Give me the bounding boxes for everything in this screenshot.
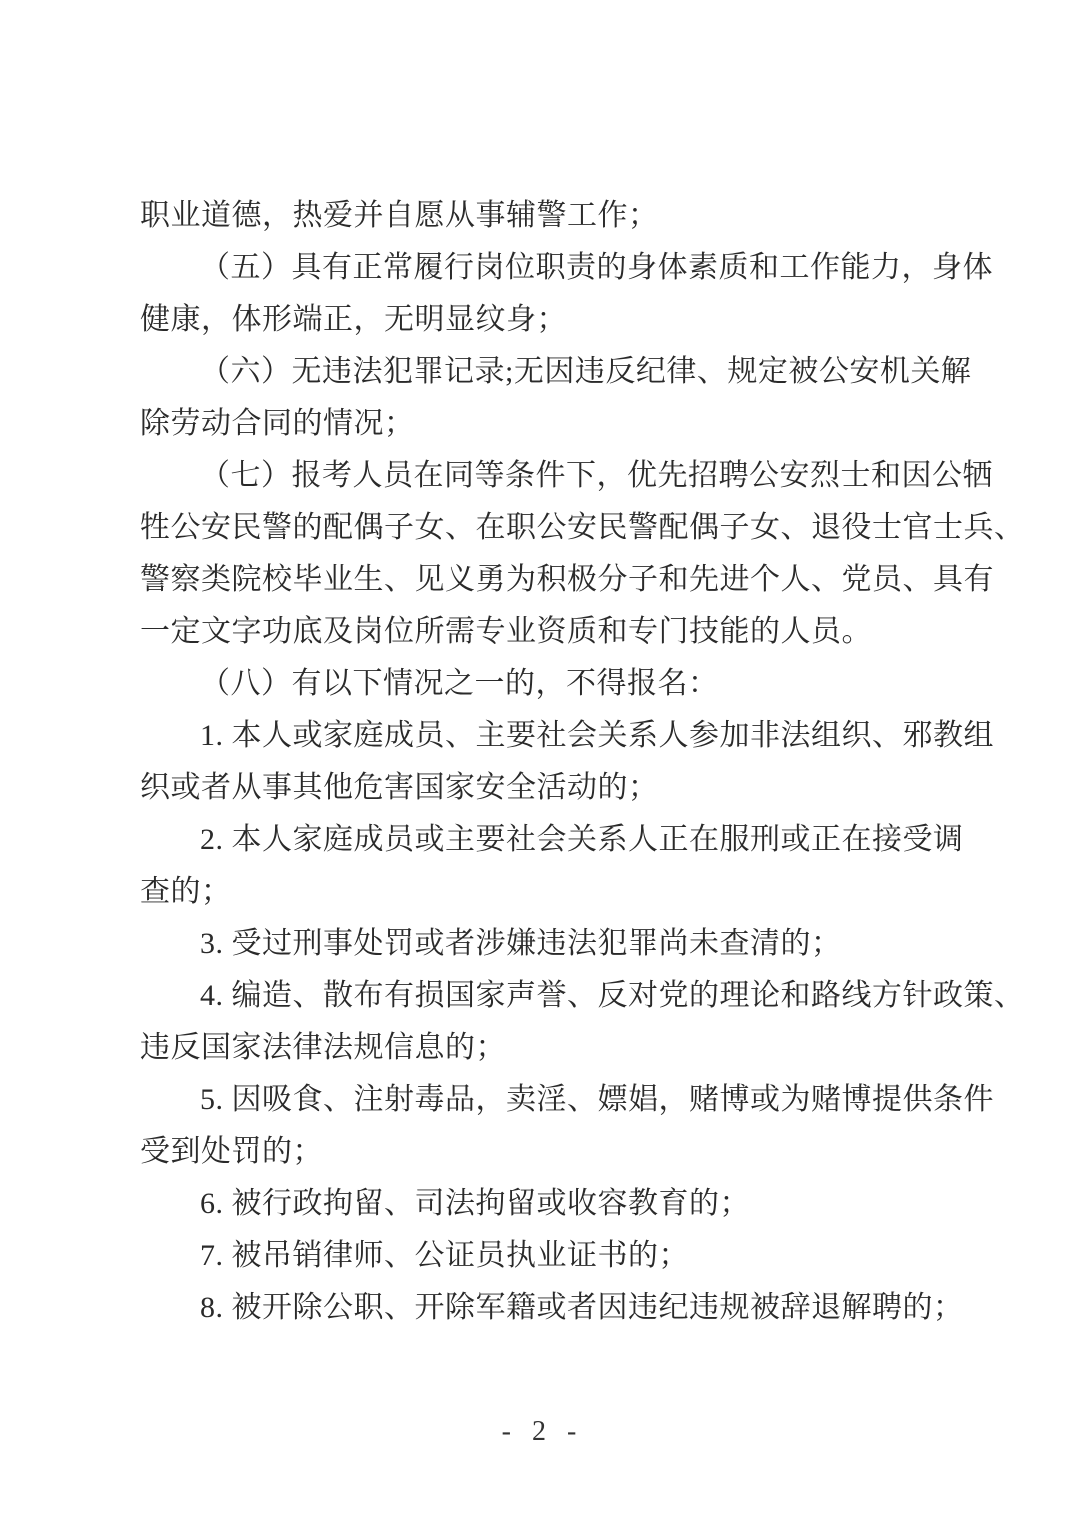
text-line: （五）具有正常履行岗位职责的身体素质和工作能力，身体 xyxy=(140,242,950,294)
text-line: （八）有以下情况之一的，不得报名： xyxy=(140,658,950,710)
text-line: 6. 被行政拘留、司法拘留或收容教育的； xyxy=(140,1178,950,1230)
paragraph-subitem-4: 4. 编造、散布有损国家声誉、反对党的理论和路线方针政策、 违反国家法律法规信息… xyxy=(140,970,950,1074)
text-line: 4. 编造、散布有损国家声誉、反对党的理论和路线方针政策、 xyxy=(140,970,950,1022)
paragraph-subitem-2: 2. 本人家庭成员或主要社会关系人正在服刑或正在接受调 查的； xyxy=(140,814,950,918)
text-line: 8. 被开除公职、开除军籍或者因违纪违规被辞退解聘的； xyxy=(140,1282,950,1334)
text-line: （七）报考人员在同等条件下，优先招聘公安烈士和因公牺 xyxy=(140,450,950,502)
paragraph-subitem-1: 1. 本人或家庭成员、主要社会关系人参加非法组织、邪教组 织或者从事其他危害国家… xyxy=(140,710,950,814)
page-number: - 2 - xyxy=(0,1414,1080,1450)
text-line: 7. 被吊销律师、公证员执业证书的； xyxy=(140,1230,950,1282)
text-line: 一定文字功底及岗位所需专业资质和专门技能的人员。 xyxy=(140,606,950,658)
paragraph-subitem-8: 8. 被开除公职、开除军籍或者因违纪违规被辞退解聘的； xyxy=(140,1282,950,1334)
document-page: 职业道德，热爱并自愿从事辅警工作； （五）具有正常履行岗位职责的身体素质和工作能… xyxy=(0,0,1080,1527)
paragraph-item-7: （七）报考人员在同等条件下，优先招聘公安烈士和因公牺 牲公安民警的配偶子女、在职… xyxy=(140,450,950,658)
text-line: 牲公安民警的配偶子女、在职公安民警配偶子女、退役士官士兵、 xyxy=(140,502,950,554)
text-line: （六）无违法犯罪记录;无因违反纪律、规定被公安机关解 xyxy=(140,346,950,398)
text-line: 查的； xyxy=(140,866,950,918)
document-body-text: 职业道德，热爱并自愿从事辅警工作； （五）具有正常履行岗位职责的身体素质和工作能… xyxy=(140,190,950,1334)
text-line: 3. 受过刑事处罚或者涉嫌违法犯罪尚未查清的； xyxy=(140,918,950,970)
paragraph-subitem-7: 7. 被吊销律师、公证员执业证书的； xyxy=(140,1230,950,1282)
text-line: 1. 本人或家庭成员、主要社会关系人参加非法组织、邪教组 xyxy=(140,710,950,762)
text-line: 2. 本人家庭成员或主要社会关系人正在服刑或正在接受调 xyxy=(140,814,950,866)
paragraph-continuation: 职业道德，热爱并自愿从事辅警工作； xyxy=(140,190,950,242)
text-line: 受到处罚的； xyxy=(140,1126,950,1178)
paragraph-subitem-3: 3. 受过刑事处罚或者涉嫌违法犯罪尚未查清的； xyxy=(140,918,950,970)
text-line: 违反国家法律法规信息的； xyxy=(140,1022,950,1074)
text-line: 除劳动合同的情况； xyxy=(140,398,950,450)
paragraph-item-5: （五）具有正常履行岗位职责的身体素质和工作能力，身体 健康，体形端正，无明显纹身… xyxy=(140,242,950,346)
paragraph-item-8: （八）有以下情况之一的，不得报名： xyxy=(140,658,950,710)
paragraph-item-6: （六）无违法犯罪记录;无因违反纪律、规定被公安机关解 除劳动合同的情况； xyxy=(140,346,950,450)
text-line: 警察类院校毕业生、见义勇为积极分子和先进个人、党员、具有 xyxy=(140,554,950,606)
paragraph-subitem-5: 5. 因吸食、注射毒品，卖淫、嫖娼，赌博或为赌博提供条件 受到处罚的； xyxy=(140,1074,950,1178)
text-line: 健康，体形端正，无明显纹身； xyxy=(140,294,950,346)
paragraph-subitem-6: 6. 被行政拘留、司法拘留或收容教育的； xyxy=(140,1178,950,1230)
text-line: 职业道德，热爱并自愿从事辅警工作； xyxy=(140,190,950,242)
text-line: 5. 因吸食、注射毒品，卖淫、嫖娼，赌博或为赌博提供条件 xyxy=(140,1074,950,1126)
text-line: 织或者从事其他危害国家安全活动的； xyxy=(140,762,950,814)
